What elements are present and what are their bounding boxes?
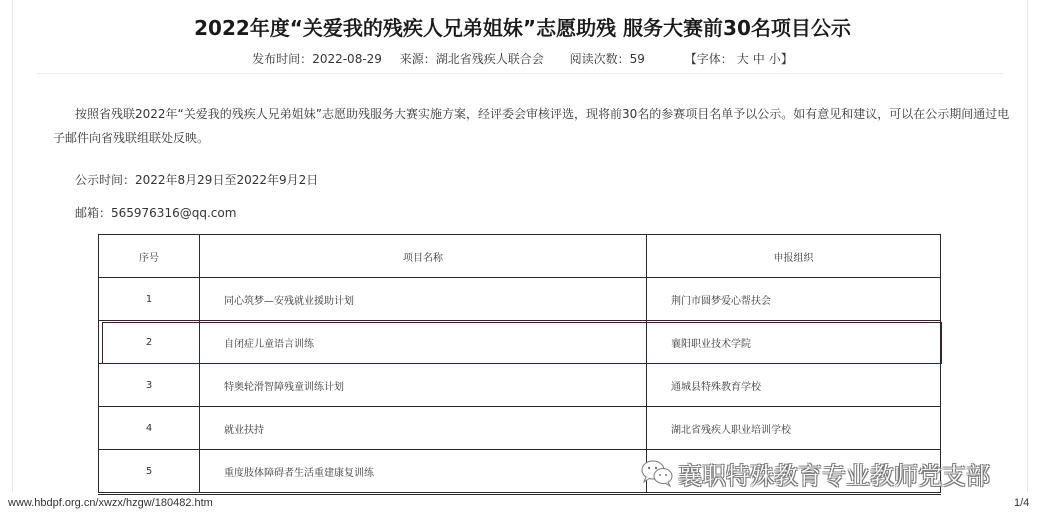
row-project: 同心筑梦—安残就业援助计划 <box>200 278 647 321</box>
projects-table: 序号 项目名称 申报组织 1 同心筑梦—安残就业援助计划 荆门市圆梦爱心帮扶会 … <box>98 234 941 495</box>
header-project: 项目名称 <box>200 235 647 278</box>
font-size-label: 【字体： <box>685 50 733 67</box>
header-divider <box>36 73 1004 74</box>
row-project: 就业扶持 <box>200 407 647 450</box>
table-header-row: 序号 项目名称 申报组织 <box>99 235 941 278</box>
font-size-large-link[interactable]: 大 <box>737 50 749 67</box>
row-project: 特奥轮滑智障残童训练计划 <box>200 364 647 407</box>
row-org: 通城县特殊教育学校 <box>647 364 941 407</box>
row-project: 自闭症儿童语言训练 <box>200 321 647 364</box>
table-row: 2 自闭症儿童语言训练 襄阳职业技术学院 <box>99 321 941 364</box>
footer-url: www.hbdpf.org.cn/xwzx/hzgw/180482.htm <box>8 497 213 509</box>
font-size-medium-link[interactable]: 中 <box>753 50 765 67</box>
table-row: 4 就业扶持 湖北省残疾人职业培训学校 <box>99 407 941 450</box>
table-row: 3 特奥轮滑智障残童训练计划 通城县特殊教育学校 <box>99 364 941 407</box>
page-frame-right <box>1027 0 1028 492</box>
table-row: 5 重度肢体障碍者生活重建康复训练 <box>99 450 941 494</box>
row-number: 3 <box>99 364 200 407</box>
row-number: 5 <box>99 450 200 494</box>
row-number: 1 <box>99 278 200 321</box>
source-value: 湖北省残疾人联合会 <box>436 50 544 67</box>
contact-email: 邮箱：565976316@qq.com <box>75 201 236 225</box>
table-row: 1 同心筑梦—安残就业援助计划 荆门市圆梦爱心帮扶会 <box>99 278 941 321</box>
header-number: 序号 <box>99 235 200 278</box>
row-number: 4 <box>99 407 200 450</box>
intro-paragraph: 按照省残联2022年“关爱我的残疾人兄弟姐妹”志愿助残服务大赛实施方案，经评委会… <box>53 102 1013 150</box>
document-page: 2022年度“关爱我的残疾人兄弟姐妹”志愿助残 服务大赛前30名项目公示 发布时… <box>0 0 1045 520</box>
source-label: 来源： <box>400 50 436 67</box>
row-org: 襄阳职业技术学院 <box>647 321 941 364</box>
page-frame-left <box>12 0 13 492</box>
header-org: 申报组织 <box>647 235 941 278</box>
row-number: 2 <box>99 321 200 364</box>
article-meta: 发布时间：2022-08-29 来源：湖北省残疾人联合会 阅读次数：59 【字体… <box>0 50 1045 67</box>
notice-period: 公示时间：2022年8月29日至2022年9月2日 <box>75 168 318 192</box>
page-number: 1/4 <box>1014 497 1029 509</box>
reads-count: 59 <box>630 52 645 66</box>
font-size-close: 】 <box>781 50 793 67</box>
font-size-small-link[interactable]: 小 <box>769 50 781 67</box>
row-org: 湖北省残疾人职业培训学校 <box>647 407 941 450</box>
row-org <box>647 450 941 494</box>
reads-label: 阅读次数： <box>570 50 630 67</box>
article-title: 2022年度“关爱我的残疾人兄弟姐妹”志愿助残 服务大赛前30名项目公示 <box>0 12 1045 41</box>
row-org: 荆门市圆梦爱心帮扶会 <box>647 278 941 321</box>
publish-date: 2022-08-29 <box>312 52 382 66</box>
publish-label: 发布时间： <box>252 50 312 67</box>
row-project: 重度肢体障碍者生活重建康复训练 <box>200 450 647 494</box>
